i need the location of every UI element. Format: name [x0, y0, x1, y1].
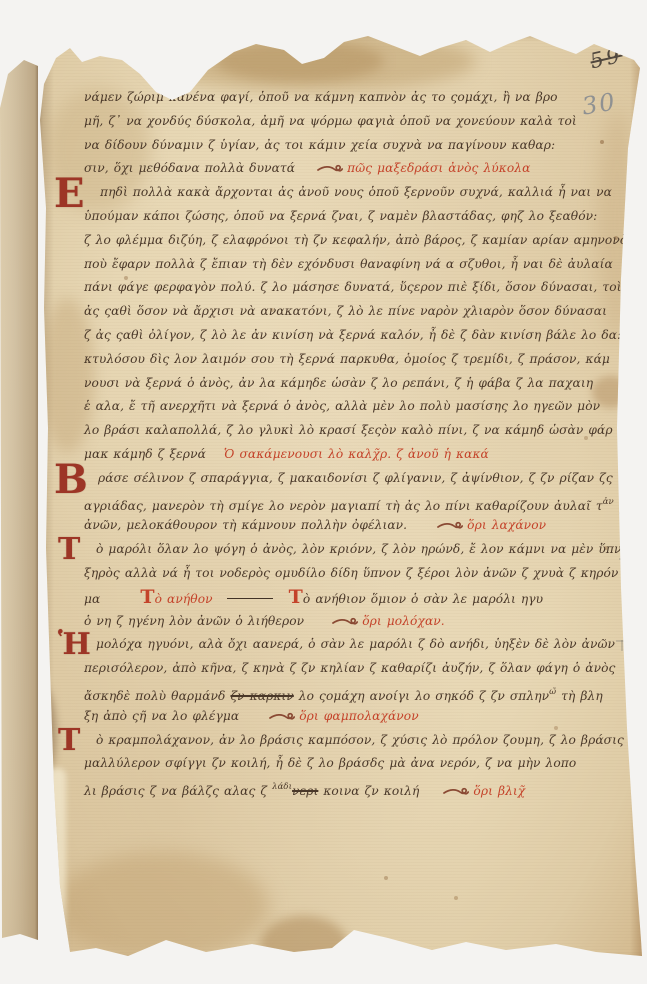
- text-segment: ξη ἀπὸ ςῆ να λο φλέγμα: [84, 709, 239, 723]
- drop-cap-initial: Τ: [58, 727, 80, 755]
- text-segment: ξηρὸς αλλὰ νά ἦ τοι νοδερὸς ομυδίλο δίδη…: [84, 566, 637, 580]
- manuscript-line: σιν, ὅχι μεθόδανα πολλὰ δυνατάπῶς μαξεδρ…: [84, 157, 624, 181]
- nota-mark: [437, 516, 463, 540]
- manuscript-line: μακ κάμηδ ζ ξερνάὉ σακάμενουσι λὸ καλχ̃ρ…: [84, 443, 624, 467]
- text-segment: ὅρι βλιχ̃: [473, 784, 525, 798]
- text-segment: ὸ ανήθον: [155, 592, 213, 606]
- manuscript-line: νάμεν ζώριμ κανένα φαγί, ὁποῦ να κάμνη κ…: [84, 86, 624, 110]
- red-initial: Τ: [289, 586, 303, 608]
- text-segment: μα: [84, 592, 100, 606]
- bleed-through-mark: [619, 558, 630, 560]
- text-segment: μολόχα ηγυόνι, αλὰ ὄχι αανερά, ὁ σὰν λε …: [96, 637, 615, 651]
- nota-mark-icon: [317, 161, 343, 174]
- manuscript-line: ὑπούμαν κάποι ζώσης, ὁποῦ να ξερνά ζναι,…: [84, 205, 624, 229]
- folio-number-ink: 59: [588, 43, 625, 74]
- text-segment: κτυλόσου δὶς λον λαιμόν σου τὴ ξερνά παρ…: [84, 352, 610, 366]
- text-segment: πάνι φάγε φερφαγὸν πολύ. ζ λο μάσησε δυν…: [84, 280, 622, 294]
- text-segment: ἀν: [603, 497, 614, 507]
- manuscript-line: ξη ἀπὸ ςῆ να λο φλέγμαὅρι φαμπολαχάνον: [84, 705, 624, 729]
- text-segment: σιν, ὅχι μεθόδανα πολλὰ δυνατά: [84, 161, 295, 175]
- nota-mark-icon: [269, 709, 295, 722]
- manuscript-line: ὁ νη ζ ηγένη λὸν ἀνῶν ὁ λιήθερονὅρι μολό…: [84, 610, 624, 634]
- nota-mark-icon: [437, 518, 463, 531]
- manuscript-line: κτυλόσου δὶς λον λαιμόν σου τὴ ξερνά παρ…: [84, 348, 624, 372]
- text-segment: μῆ, ζ᾽ να χονδύς δύσκολα, ἀμῆ να ψόρμω φ…: [84, 114, 577, 128]
- text-segment: περισόλερον, ἀπὸ κῆνα, ζ κηνὰ ζ ζν κηλία…: [84, 661, 615, 675]
- drop-cap-initial: Τ: [58, 536, 80, 564]
- manuscript-line: περισόλερον, ἀπὸ κῆνα, ζ κηνὰ ζ ζν κηλία…: [84, 657, 624, 681]
- text-segment: ἑ αλα, ἔ τῆ ανερχῆτι νὰ ξερνά ὁ ἀνὸς, αλ…: [84, 399, 600, 413]
- manuscript-line: λι βράσις ζ να βάλζς αλας ζ λάδινερι κοι…: [84, 776, 624, 800]
- stain: [146, 30, 476, 92]
- bleed-through-mark: [619, 512, 630, 514]
- nota-mark: [269, 707, 295, 731]
- text-segment: λο ςομάχη ανοίγι λο σηκόδ ζ ζν σπλην: [294, 689, 549, 703]
- text-segment: λι βράσις ζ να βάλζς αλας ζ: [84, 784, 272, 798]
- stain: [260, 916, 348, 974]
- manuscript-line: νουσι νὰ ξερνά ὁ ἀνὸς, ἀν λα κάμηδε ὡσὰν…: [84, 372, 624, 396]
- previous-leaf-edge: [0, 58, 38, 942]
- manuscript-line: μαΤὸ ανήθονΤὸ ανήθιον ὅμιον ὁ σὰν λε μαρ…: [84, 586, 624, 610]
- filler-dash: [227, 598, 273, 599]
- text-segment: ποὺ ἔφαρν πολλὰ ζ ἔπιαν τὴ δὲν εχόνδυσι …: [84, 257, 613, 271]
- drop-cap-initial: Ἡ: [58, 631, 91, 659]
- manuscript-line: λο βράσι καλαπολλά, ζ λο γλυκὶ λὸ κρασί …: [84, 419, 624, 443]
- text-segment: μακ κάμηδ ζ ξερνά: [84, 447, 206, 461]
- text-segment: ἀς ςαθὶ ὅσον νὰ ἄρχισι νὰ ανακατόνι, ζ λ…: [84, 304, 607, 318]
- drop-cap-initial: Β: [54, 463, 88, 497]
- vertical-crease: [48, 768, 66, 980]
- nota-mark: [443, 782, 469, 806]
- manuscript-line: μαλλύλερον σφίγγι ζν κοιλή, ἦ δὲ ζ λο βρ…: [84, 752, 624, 776]
- text-segment: Ὁ σακάμενουσι λὸ καλχ̃ρ. ζ ἀνοῦ ἡ κακά: [224, 447, 489, 461]
- scanned-manuscript-view: 59 30 νάμεν ζώριμ κανένα φαγί, ὁποῦ να κ…: [0, 0, 647, 984]
- text-segment: ζ ἀς ςαθὶ ὀλίγον, ζ λὸ λε ἀν κινίση νὰ ξ…: [84, 328, 621, 342]
- nota-mark-icon: [332, 614, 358, 627]
- red-initial: Τ: [140, 586, 154, 608]
- nota-mark: [317, 159, 343, 183]
- text-block: νάμεν ζώριμ κανένα φαγί, ὁποῦ να κάμνη κ…: [84, 86, 624, 800]
- manuscript-line: πάνι φάγε φερφαγὸν πολύ. ζ λο μάσησε δυν…: [84, 276, 624, 300]
- manuscript-line: να δίδουν δύναμιν ζ ὑγίαν, ἀς τοι κάμιν …: [84, 134, 624, 158]
- text-segment: αγριάδας, μανερὸν τὴ σμίγε λο νερὸν μαγι…: [84, 499, 603, 513]
- text-segment: τὴ βλη: [556, 689, 603, 703]
- text-segment: ζ λο φλέμμα διζύη, ζ ελαφρόνοι τὴ ζν κεφ…: [84, 233, 627, 247]
- nota-mark: [332, 612, 358, 636]
- text-segment: λάδι: [272, 782, 292, 792]
- text-segment: ράσε σέλινον ζ σπαράγγια, ζ μακαιδονίσι …: [98, 471, 613, 485]
- manuscript-page: 59 30 νάμεν ζώριμ κανένα φαγί, ὁποῦ να κ…: [36, 28, 642, 966]
- text-segment: να δίδουν δύναμιν ζ ὑγίαν, ἀς τοι κάμιν …: [84, 138, 555, 152]
- manuscript-line: Τὸ μαρόλι ὅλαν λο ψόγη ὁ ἀνὸς, λὸν κριόν…: [84, 538, 624, 562]
- manuscript-line: Βράσε σέλινον ζ σπαράγγια, ζ μακαιδονίσι…: [84, 467, 624, 491]
- text-segment: νάμεν ζώριμ κανένα φαγί, ὁποῦ να κάμνη κ…: [84, 90, 558, 104]
- manuscript-line: Επηδὶ πολλὰ κακὰ ἄρχονται ἀς ἀνοῦ νους ὁ…: [84, 181, 624, 205]
- text-segment: μαλλύλερον σφίγγι ζν κοιλή, ἦ δὲ ζ λο βρ…: [84, 756, 576, 770]
- text-segment: ὁ νη ζ ηγένη λὸν ἀνῶν ὁ λιήθερον: [84, 614, 304, 628]
- text-segment: νουσι νὰ ξερνά ὁ ἀνὸς, ἀν λα κάμηδε ὡσὰν…: [84, 376, 593, 390]
- text-segment: ὅρι μολόχαν.: [362, 614, 445, 628]
- text-segment: ὑπούμαν κάποι ζώσης, ὁποῦ να ξερνά ζναι,…: [84, 209, 597, 223]
- manuscript-line: ἄσκηδὲ πολὺ θαρμάνδ ζν καρκιν λο ςομάχη …: [84, 681, 624, 705]
- text-segment: ὸ ανήθιον ὅμιον ὁ σὰν λε μαρόλι ηγυ: [303, 592, 543, 606]
- text-segment: ὅρι φαμπολαχάνον: [299, 709, 419, 723]
- text-segment: ζν καρκιν: [230, 689, 293, 703]
- manuscript-line: ξηρὸς αλλὰ νά ἦ τοι νοδερὸς ομυδίλο δίδη…: [84, 562, 624, 586]
- manuscript-line: Τὸ κραμπολάχανον, ἀν λο βράσις καμπόσον,…: [84, 729, 624, 753]
- manuscript-line: Ἡμολόχα ηγυόνι, αλὰ ὄχι αανερά, ὁ σὰν λε…: [84, 633, 624, 657]
- manuscript-line: ἀς ςαθὶ ὅσον νὰ ἄρχισι νὰ ανακατόνι, ζ λ…: [84, 300, 624, 324]
- text-segment: νερι: [292, 784, 318, 798]
- text-segment: ὅρι λαχάνον: [467, 518, 546, 532]
- manuscript-line: μῆ, ζ᾽ να χονδύς δύσκολα, ἀμῆ να ψόρμω φ…: [84, 110, 624, 134]
- manuscript-line: ζ ἀς ςαθὶ ὀλίγον, ζ λὸ λε ἀν κινίση νὰ ξ…: [84, 324, 624, 348]
- manuscript-line: ἀνῶν, μελοκάθουρον τὴ κάμνουν πολλὴν ὀφέ…: [84, 514, 624, 538]
- text-segment: πῶς μαξεδράσι ἀνὸς λύκολα: [347, 161, 530, 175]
- stain: [214, 40, 384, 82]
- manuscript-line: ἑ αλα, ἔ τῆ ανερχῆτι νὰ ξερνά ὁ ἀνὸς, αλ…: [84, 395, 624, 419]
- nota-mark-icon: [443, 784, 469, 797]
- text-segment: ὸ μαρόλι ὅλαν λο ψόγη ὁ ἀνὸς, λὸν κριόνν…: [96, 542, 635, 556]
- manuscript-line: ποὺ ἔφαρν πολλὰ ζ ἔπιαν τὴ δὲν εχόνδυσι …: [84, 253, 624, 277]
- stain: [54, 852, 269, 960]
- manuscript-line: ζ λο φλέμμα διζύη, ζ ελαφρόνοι τὴ ζν κεφ…: [84, 229, 624, 253]
- text-segment: κοινα ζν κοιλή: [318, 784, 419, 798]
- manuscript-line: αγριάδας, μανερὸν τὴ σμίγε λο νερὸν μαγι…: [84, 491, 624, 515]
- drop-cap-initial: Ε: [54, 177, 85, 211]
- text-segment: ὸ κραμπολάχανον, ἀν λο βράσις καμπόσον, …: [96, 733, 624, 747]
- text-segment: λο βράσι καλαπολλά, ζ λο γλυκὶ λὸ κρασί …: [84, 423, 613, 437]
- text-segment: πηδὶ πολλὰ κακὰ ἄρχονται ἀς ἀνοῦ νους ὁπ…: [100, 185, 612, 199]
- text-segment: ἀνῶν, μελοκάθουρον τὴ κάμνουν πολλὴν ὀφέ…: [84, 518, 407, 532]
- text-segment: ἄσκηδὲ πολὺ θαρμάνδ: [84, 689, 230, 703]
